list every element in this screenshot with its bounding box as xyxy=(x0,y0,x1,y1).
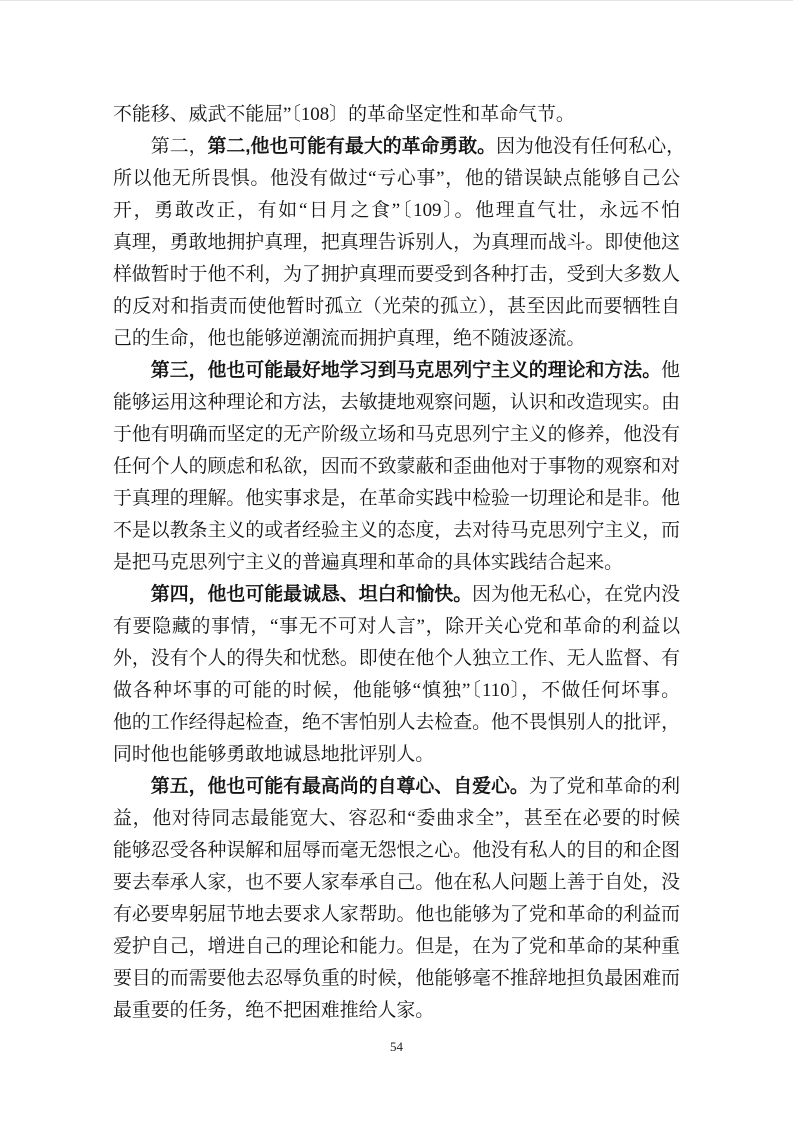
text-run: 他 xyxy=(661,360,680,381)
text-line: 能够运用这种理论和方法，去敏捷地观察问题，认识和改造现实。由 xyxy=(113,387,680,419)
bold-heading-run: 第三，他也可能最好地学习到马克思列宁主义的理论和方法。 xyxy=(151,360,661,381)
bold-heading-run: 第二,他也可能有最大的革命勇敢。 xyxy=(207,136,496,157)
text-line: 要去奉承人家，也不要人家奉承自己。他在私人问题上善于自处，没 xyxy=(113,867,680,899)
text-run: 不是以教条主义的或者经验主义的态度，去对待马克思列宁主义，而 xyxy=(113,520,680,541)
text-run: 为了党和革命的利 xyxy=(529,776,680,797)
bold-heading-run: 第五，他也可能有最高尚的自尊心、自爱心。 xyxy=(151,776,529,797)
bold-heading-run: 第四，他也可能最诚恳、坦白和愉快。 xyxy=(151,584,472,605)
text-run: 的反对和指责而使他暂时孤立（光荣的孤立），甚至因此而要牺牲自 xyxy=(113,296,680,317)
text-run: 因为他没有任何私心， xyxy=(496,136,685,157)
document-page: 不能移、威武不能屈”〔108〕的革命坚定性和革命气节。第二，第二,他也可能有最大… xyxy=(0,0,793,1122)
text-line: 爱护自己，增进自己的理论和能力。但是，在为了党和革命的某种重 xyxy=(113,931,680,963)
text-block: 不能移、威武不能屈”〔108〕的革命坚定性和革命气节。第二，第二,他也可能有最大… xyxy=(113,99,680,1027)
text-run: 有必要卑躬屈节地去要求人家帮助。他也能够为了党和革命的利益而 xyxy=(113,904,680,925)
text-run: 他的工作经得起检查，绝不害怕别人去检查。他不畏惧别人的批评， xyxy=(113,712,680,733)
text-line: 第三，他也可能最好地学习到马克思列宁主义的理论和方法。他 xyxy=(113,355,680,387)
text-run: 开，勇敢改正，有如“日月之食”〔109〕。他理直气壮，永远不怕 xyxy=(113,200,680,221)
text-run: 要去奉承人家，也不要人家奉承自己。他在私人问题上善于自处，没 xyxy=(113,872,680,893)
text-run: 同时他也能够勇敢地诚恳地批评别人。 xyxy=(113,744,434,765)
text-line: 第二，第二,他也可能有最大的革命勇敢。因为他没有任何私心， xyxy=(113,131,680,163)
text-line: 同时他也能够勇敢地诚恳地批评别人。 xyxy=(113,739,680,771)
text-line: 要目的而需要他去忍辱负重的时候，他能够毫不推辞地担负最困难而 xyxy=(113,963,680,995)
text-run: 所以他无所畏惧。他没有做过“亏心事”，他的错误缺点能够自己公 xyxy=(113,168,680,189)
text-run: 最重要的任务，绝不把困难推给人家。 xyxy=(113,1000,434,1021)
text-line: 开，勇敢改正，有如“日月之食”〔109〕。他理直气壮，永远不怕 xyxy=(113,195,680,227)
text-run: 益，他对待同志最能宽大、容忍和“委曲求全”，甚至在必要的时候 xyxy=(113,808,680,829)
text-run: 要目的而需要他去忍辱负重的时候，他能够毫不推辞地担负最困难而 xyxy=(113,968,680,989)
text-line: 所以他无所畏惧。他没有做过“亏心事”，他的错误缺点能够自己公 xyxy=(113,163,680,195)
text-line: 于真理的理解。他实事求是，在革命实践中检验一切理论和是非。他 xyxy=(113,483,680,515)
text-line: 不能移、威武不能屈”〔108〕的革命坚定性和革命气节。 xyxy=(113,99,680,131)
page-number: 54 xyxy=(0,1039,793,1055)
text-line: 最重要的任务，绝不把困难推给人家。 xyxy=(113,995,680,1027)
text-run: 样做暂时于他不利，为了拥护真理而要受到各种打击，受到大多数人 xyxy=(113,264,680,285)
text-line: 的反对和指责而使他暂时孤立（光荣的孤立），甚至因此而要牺牲自 xyxy=(113,291,680,323)
text-line: 能够忍受各种误解和屈辱而毫无怨恨之心。他没有私人的目的和企图 xyxy=(113,835,680,867)
text-run: 能够忍受各种误解和屈辱而毫无怨恨之心。他没有私人的目的和企图 xyxy=(113,840,680,861)
text-line: 有必要卑躬屈节地去要求人家帮助。他也能够为了党和革命的利益而 xyxy=(113,899,680,931)
text-run: 能够运用这种理论和方法，去敏捷地观察问题，认识和改造现实。由 xyxy=(113,392,680,413)
text-line: 真理，勇敢地拥护真理，把真理告诉别人，为真理而战斗。即使他这 xyxy=(113,227,680,259)
text-line: 他的工作经得起检查，绝不害怕别人去检查。他不畏惧别人的批评， xyxy=(113,707,680,739)
text-run: 是把马克思列宁主义的普遍真理和革命的具体实践结合起来。 xyxy=(113,552,623,573)
text-run: 爱护自己，增进自己的理论和能力。但是，在为了党和革命的某种重 xyxy=(113,936,680,957)
text-run: 第二， xyxy=(151,136,208,157)
text-run: 真理，勇敢地拥护真理，把真理告诉别人，为真理而战斗。即使他这 xyxy=(113,232,680,253)
text-run: 于真理的理解。他实事求是，在革命实践中检验一切理论和是非。他 xyxy=(113,488,680,509)
text-line: 外，没有个人的得失和忧愁。即使在他个人独立工作、无人监督、有 xyxy=(113,643,680,675)
text-line: 有要隐藏的事情，“事无不可对人言”，除开关心党和革命的利益以 xyxy=(113,611,680,643)
text-line: 不是以教条主义的或者经验主义的态度，去对待马克思列宁主义，而 xyxy=(113,515,680,547)
text-run: 不能移、威武不能屈”〔108〕的革命坚定性和革命气节。 xyxy=(113,104,575,125)
text-line: 是把马克思列宁主义的普遍真理和革命的具体实践结合起来。 xyxy=(113,547,680,579)
text-line: 第五，他也可能有最高尚的自尊心、自爱心。为了党和革命的利 xyxy=(113,771,680,803)
text-line: 做各种坏事的可能的时候，他能够“慎独”〔110〕，不做任何坏事。 xyxy=(113,675,680,707)
text-run: 外，没有个人的得失和忧愁。即使在他个人独立工作、无人监督、有 xyxy=(113,648,680,669)
text-run: 因为他无私心，在党内没 xyxy=(472,584,680,605)
text-run: 任何个人的顾虑和私欲，因而不致蒙蔽和歪曲他对于事物的观察和对 xyxy=(113,456,680,477)
text-run: 做各种坏事的可能的时候，他能够“慎独”〔110〕，不做任何坏事。 xyxy=(113,680,680,701)
text-run: 于他有明确而坚定的无产阶级立场和马克思列宁主义的修养，他没有 xyxy=(113,424,680,445)
text-line: 样做暂时于他不利，为了拥护真理而要受到各种打击，受到大多数人 xyxy=(113,259,680,291)
text-line: 第四，他也可能最诚恳、坦白和愉快。因为他无私心，在党内没 xyxy=(113,579,680,611)
text-line: 任何个人的顾虑和私欲，因而不致蒙蔽和歪曲他对于事物的观察和对 xyxy=(113,451,680,483)
text-run: 有要隐藏的事情，“事无不可对人言”，除开关心党和革命的利益以 xyxy=(113,616,680,637)
text-line: 益，他对待同志最能宽大、容忍和“委曲求全”，甚至在必要的时候 xyxy=(113,803,680,835)
text-run: 己的生命，他也能够逆潮流而拥护真理，绝不随波逐流。 xyxy=(113,328,585,349)
text-line: 于他有明确而坚定的无产阶级立场和马克思列宁主义的修养，他没有 xyxy=(113,419,680,451)
text-line: 己的生命，他也能够逆潮流而拥护真理，绝不随波逐流。 xyxy=(113,323,680,355)
